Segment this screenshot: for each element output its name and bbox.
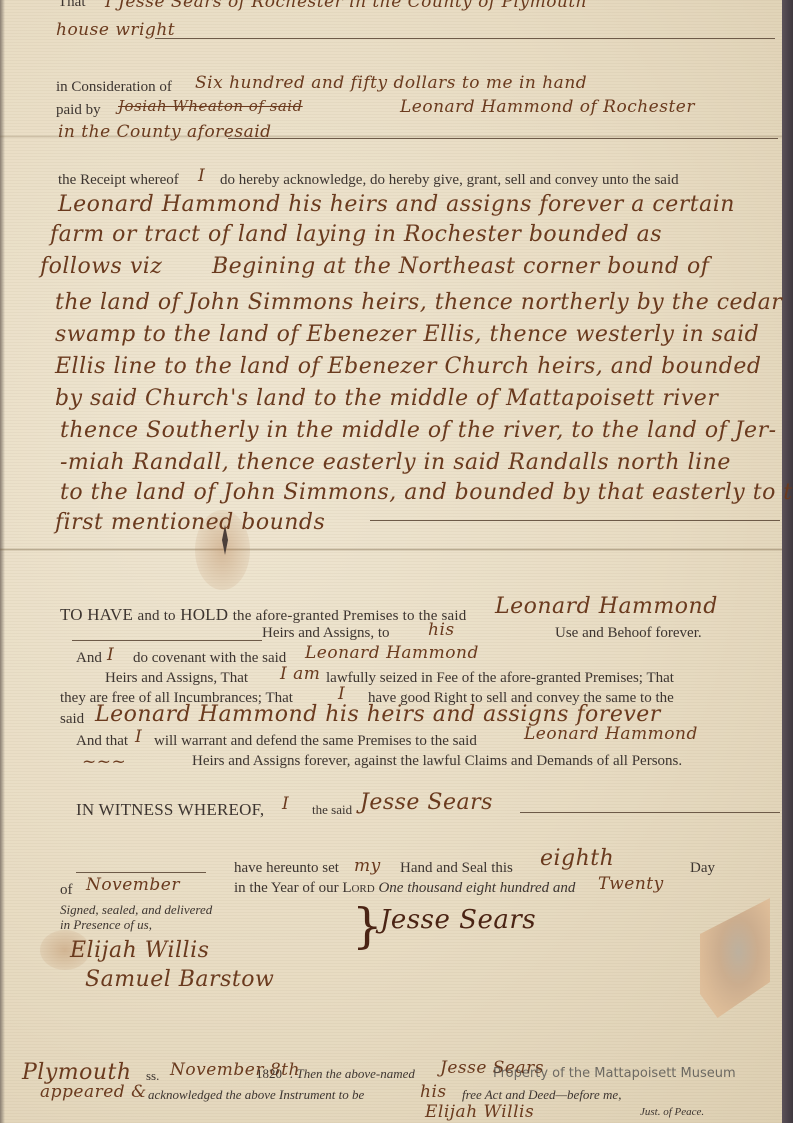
blank-rule bbox=[155, 38, 775, 39]
paid-by-struck: Josiah Wheaton of said bbox=[118, 97, 303, 115]
that-label: That bbox=[58, 0, 86, 11]
frame-edge bbox=[782, 0, 793, 1123]
covenant-grantee: Leonard Hammond bbox=[305, 643, 479, 663]
blank-rule bbox=[228, 138, 778, 139]
ack-then-text: . Then the above-named bbox=[290, 1066, 415, 1082]
description-line-6: swamp to the land of Ebenezer Ellis, the… bbox=[55, 322, 759, 347]
grantor-signature: Jesse Sears bbox=[380, 905, 536, 935]
use-behoof-text: Use and Behoof forever. bbox=[555, 625, 702, 642]
witness-signature-2: Samuel Barstow bbox=[85, 967, 274, 992]
day-value: eighth bbox=[540, 846, 614, 871]
grantor-line-1: I Jesse Sears of Rochester in the County… bbox=[105, 0, 587, 12]
description-line-2: farm or tract of land laying in Rocheste… bbox=[50, 222, 662, 247]
description-line-3: follows viz bbox=[40, 254, 162, 279]
year-text: One thousand eight hundred and bbox=[378, 880, 575, 896]
fold-line bbox=[0, 548, 782, 551]
ack-text: acknowledged the above Instrument to be bbox=[148, 1087, 364, 1103]
receipt-pronoun: I bbox=[198, 166, 205, 186]
blank-rule bbox=[520, 812, 780, 813]
ack-ss: ss. bbox=[146, 1068, 159, 1084]
month-value: November bbox=[86, 875, 180, 895]
claims-text: Heirs and Assigns forever, against the l… bbox=[192, 753, 682, 770]
paid-by-label: paid by bbox=[56, 102, 101, 119]
description-line-4: Begining at the Northeast corner bound o… bbox=[212, 254, 709, 279]
receipt-text-after: do hereby acknowledge, do hereby give, g… bbox=[220, 172, 679, 189]
paid-by-grantee: Leonard Hammond of Rochester bbox=[400, 97, 695, 117]
covenant-pronoun: I bbox=[107, 645, 114, 665]
warrant-and-that: And that bbox=[76, 733, 128, 750]
heirs-line: Heirs and Assigns, That bbox=[105, 670, 248, 687]
ack-his: his bbox=[420, 1082, 447, 1102]
hold-label: HOLD bbox=[180, 605, 228, 624]
justice-title: Just. of Peace. bbox=[640, 1106, 704, 1118]
ack-appeared: appeared & bbox=[40, 1082, 147, 1102]
blank-rule bbox=[72, 640, 262, 641]
said-label: said bbox=[60, 711, 84, 728]
to-have-heading: TO HAVE and to HOLD the afore-granted Pr… bbox=[60, 605, 466, 625]
lord-text: Lord bbox=[342, 880, 374, 896]
description-line-11: to the land of John Simmons, and bounded… bbox=[60, 480, 793, 505]
justice-signature: Elijah Willis bbox=[425, 1102, 534, 1122]
hand-seal-text: Hand and Seal this bbox=[400, 860, 513, 877]
warrant-pronoun: I bbox=[135, 727, 142, 747]
the-said-label: the said bbox=[312, 802, 352, 818]
habendum-grantee: Leonard Hammond bbox=[495, 594, 718, 619]
witness-heading: IN WITNESS WHEREOF, bbox=[76, 800, 264, 820]
signed-label-1: Signed, sealed, and delivered bbox=[60, 902, 212, 918]
witness-grantor: Jesse Sears bbox=[360, 790, 493, 815]
museum-watermark: Property of the Mattapoisett Museum bbox=[493, 1066, 736, 1081]
flourish-dash: ~~~ bbox=[82, 752, 126, 772]
of-label: of bbox=[60, 882, 73, 899]
warrant-grantee: Leonard Hammond bbox=[524, 724, 698, 744]
day-label: Day bbox=[690, 860, 715, 877]
consideration-amount: Six hundred and fifty dollars to me in h… bbox=[195, 73, 587, 93]
year-prefix-text: in the Year of our bbox=[234, 880, 339, 896]
description-line-5: the land of John Simmons heirs, thence n… bbox=[55, 290, 782, 315]
blank-rule bbox=[76, 872, 206, 873]
i-am-text: I am bbox=[280, 664, 320, 684]
brace-glyph: } bbox=[352, 898, 383, 954]
to-have-label: TO HAVE bbox=[60, 605, 133, 624]
habendum-his: his bbox=[428, 620, 455, 640]
description-line-12: first mentioned bounds bbox=[55, 510, 325, 535]
county-text: in the County aforesaid bbox=[58, 122, 272, 142]
description-line-10: -miah Randall, thence easterly in said R… bbox=[60, 450, 731, 475]
and-to-label: and to bbox=[137, 608, 175, 624]
description-line-8: by said Church's land to the middle of M… bbox=[55, 386, 718, 411]
signed-label-2: in Presence of us, bbox=[60, 917, 152, 933]
year-value: Twenty bbox=[598, 874, 664, 894]
ack-year: 1820 bbox=[256, 1066, 282, 1082]
heirs-assigns-text: Heirs and Assigns, to bbox=[262, 625, 390, 642]
seized-text: lawfully seized in Fee of the afore-gran… bbox=[326, 670, 674, 687]
ack-free-act: free Act and Deed—before me, bbox=[462, 1087, 621, 1103]
paper-left-edge bbox=[0, 0, 5, 1123]
consideration-label: in Consideration of bbox=[56, 79, 172, 96]
have-hereunto-text: have hereunto set bbox=[234, 860, 339, 877]
witness-pronoun: I bbox=[282, 794, 289, 814]
description-line-9: thence Southerly in the middle of the ri… bbox=[60, 418, 777, 443]
description-line-7: Ellis line to the land of Ebenezer Churc… bbox=[55, 354, 761, 379]
warrant-text: will warrant and defend the same Premise… bbox=[154, 733, 477, 750]
my-text: my bbox=[354, 856, 381, 876]
free-pronoun: I bbox=[338, 684, 345, 704]
covenant-and: And bbox=[76, 650, 102, 667]
blank-rule bbox=[370, 520, 780, 521]
witness-signature-1: Elijah Willis bbox=[70, 938, 209, 963]
description-line-1: Leonard Hammond his heirs and assigns fo… bbox=[58, 192, 735, 217]
grantor-line-2: house wright bbox=[56, 20, 175, 40]
year-prefix: in the Year of our Lord One thousand eig… bbox=[234, 880, 575, 897]
receipt-text-before: the Receipt whereof bbox=[58, 172, 179, 189]
covenant-text: do covenant with the said bbox=[133, 650, 286, 667]
